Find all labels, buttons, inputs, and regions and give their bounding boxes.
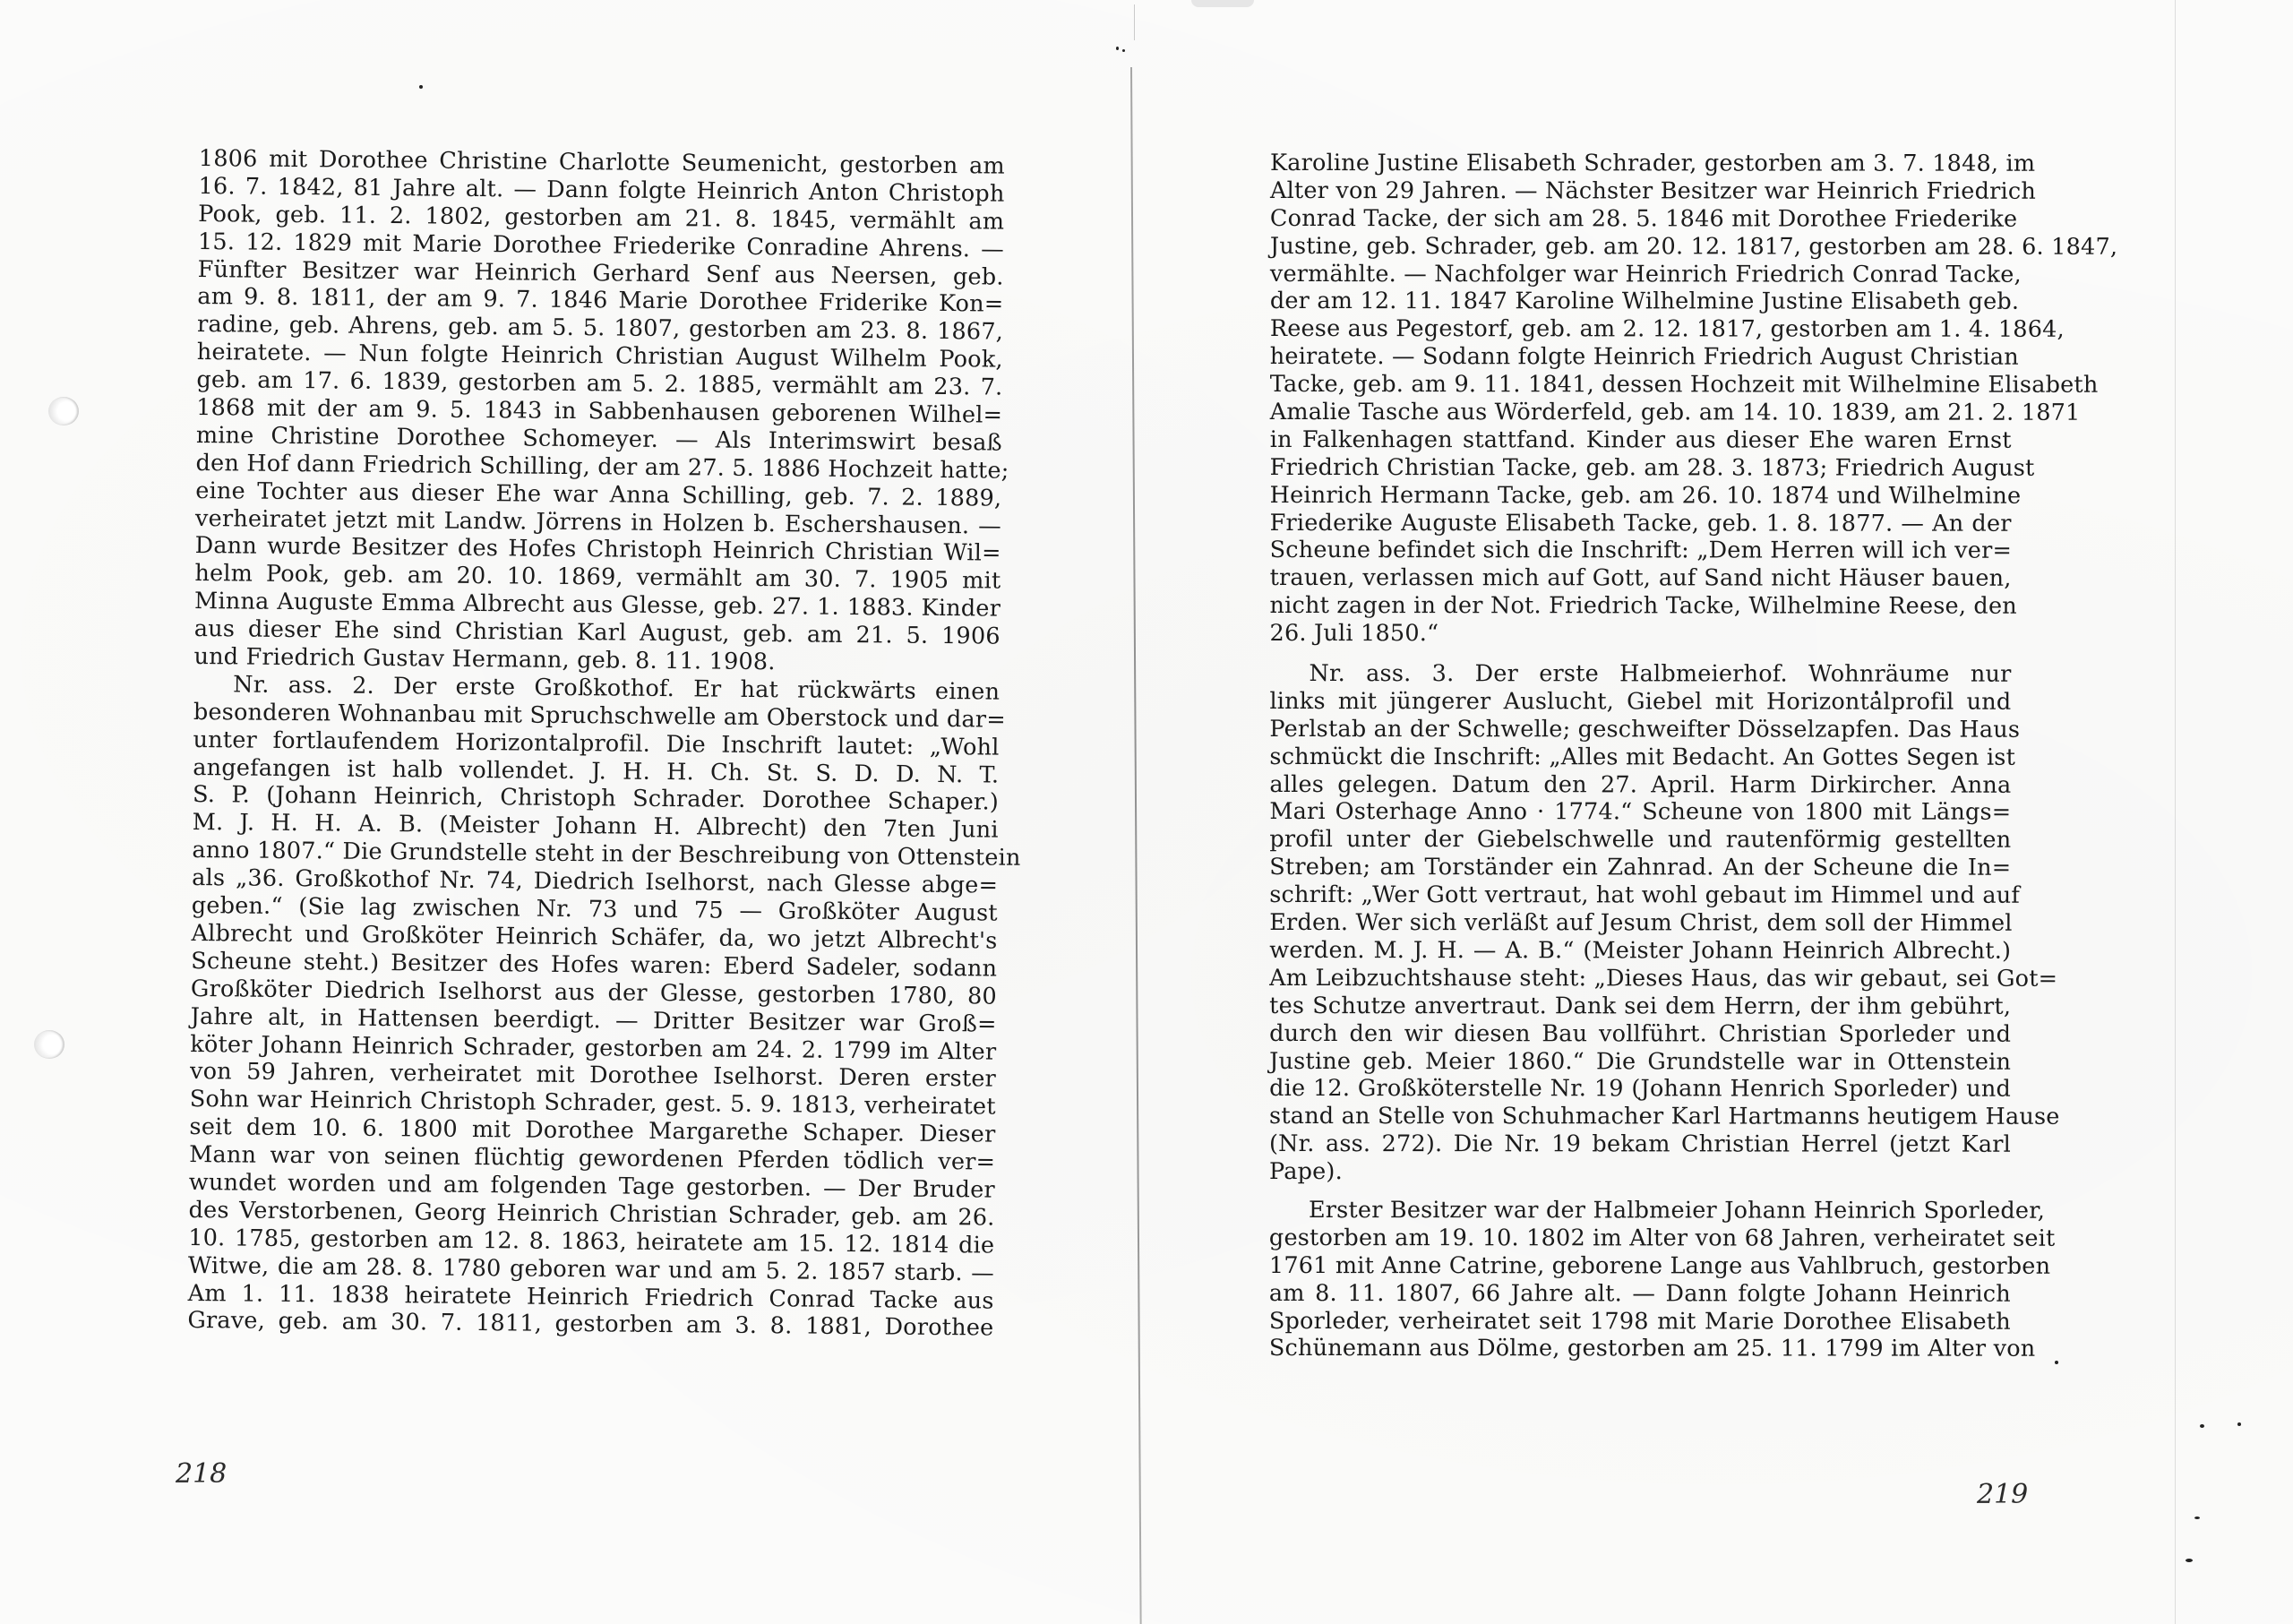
scan-speck bbox=[2237, 1422, 2241, 1426]
punch-hole-top bbox=[48, 397, 79, 425]
text-line: Perlstab an der Schwelle; geschweifter D… bbox=[1269, 716, 2011, 744]
scan-speck bbox=[419, 85, 423, 89]
text-line: Alter von 29 Jahren. — Nächster Besitzer… bbox=[1270, 177, 2012, 206]
text-line: am 8. 11. 1807, 66 Jahre alt. — Dann fol… bbox=[1269, 1280, 2011, 1309]
page-number-right: 219 bbox=[1977, 1479, 2028, 1510]
text-line: der am 12. 11. 1847 Karoline Wilhelmine … bbox=[1270, 288, 2012, 316]
scan-speck bbox=[2200, 1424, 2204, 1428]
text-line: Friederike Auguste Elisabeth Tacke, geb.… bbox=[1270, 510, 2012, 538]
text-line: 1761 mit Anne Catrine, geborene Lange au… bbox=[1269, 1252, 2011, 1281]
text-line: Tacke, geb. am 9. 11. 1841, dessen Hochz… bbox=[1270, 371, 2012, 400]
text-line: Amalie Tasche aus Wörderfeld, geb. am 14… bbox=[1270, 399, 2012, 427]
text-line: schrift: „Wer Gott vertraut, hat wohl ge… bbox=[1269, 881, 2011, 910]
text-line: Friedrich Christian Tacke, geb. am 28. 3… bbox=[1270, 454, 2012, 483]
text-line: Heinrich Hermann Tacke, geb. am 26. 10. … bbox=[1270, 482, 2012, 511]
text-line: Justine geb. Meier 1860.“ Die Grundstell… bbox=[1269, 1047, 2011, 1076]
text-line: Schünemann aus Dölme, gestorben am 25. 1… bbox=[1269, 1335, 2011, 1363]
punch-hole-bottom bbox=[34, 1030, 64, 1059]
text-line: werden. M. J. H. — A. B.“ (Meister Johan… bbox=[1269, 937, 2011, 966]
text-line: (Nr. ass. 272). Die Nr. 19 bekam Christi… bbox=[1269, 1130, 2011, 1159]
text-line: die 12. Großköterstelle Nr. 19 (Johann H… bbox=[1269, 1075, 2011, 1104]
text-line: heiratete. — Sodann folgte Heinrich Frie… bbox=[1270, 343, 2012, 372]
text-line: Reese aus Pegestorf, geb. am 2. 12. 1817… bbox=[1270, 315, 2012, 344]
text-line: tes Schutze anvertraut. Dank sei dem Her… bbox=[1269, 992, 2011, 1021]
text-line: 26. Juli 1850.“ bbox=[1270, 620, 2012, 649]
text-line: Am Leibzuchtshause steht: „Dieses Haus, … bbox=[1269, 965, 2011, 993]
text-line: alles gelegen. Datum den 27. April. Harm… bbox=[1269, 771, 2011, 800]
text-line: stand an Stelle von Schuhmacher Karl Har… bbox=[1269, 1103, 2011, 1131]
text-line: Conrad Tacke, der sich am 28. 5. 1846 mi… bbox=[1270, 205, 2012, 234]
right-page-text: Karoline Justine Elisabeth Schrader, ges… bbox=[1269, 150, 2012, 1363]
text-line: trauen, verlassen mich auf Gott, auf San… bbox=[1270, 564, 2012, 593]
text-line: Scheune befindet sich die Inschrift: „De… bbox=[1270, 537, 2012, 565]
scan-speck bbox=[2055, 1361, 2058, 1364]
text-line: gestorben am 19. 10. 1802 im Alter von 6… bbox=[1269, 1224, 2011, 1253]
text-line: profil unter der Giebelschwelle und raut… bbox=[1269, 826, 2011, 855]
text-line: durch den wir diesen Bau vollführt. Chri… bbox=[1269, 1020, 2011, 1049]
section-heading-line: Nr. ass. 3. Der erste Halbmeierhof. Wohn… bbox=[1269, 660, 2011, 689]
text-line: Karoline Justine Elisabeth Schrader, ges… bbox=[1270, 150, 2012, 178]
text-line: vermählte. — Nachfolger war Heinrich Fri… bbox=[1270, 261, 2012, 289]
text-line: Pape). bbox=[1269, 1158, 2011, 1187]
text-line: in Falkenhagen stattfand. Kinder aus die… bbox=[1270, 426, 2012, 455]
text-line: Streben; am Torständer ein Zahnrad. An d… bbox=[1269, 854, 2011, 882]
text-line: Erden. Wer sich verläßt auf Jesum Christ… bbox=[1269, 909, 2011, 938]
text-line: Sporleder, verheiratet seit 1798 mit Mar… bbox=[1269, 1308, 2011, 1336]
text-line: schmückt die Inschrift: „Alles mit Bedac… bbox=[1269, 743, 2011, 772]
page-number-left: 218 bbox=[176, 1458, 227, 1490]
gutter-line-top bbox=[1134, 4, 1135, 40]
text-line: links mit jüngerer Auslucht, Giebel mit … bbox=[1269, 688, 2011, 717]
scan-speck bbox=[1116, 47, 1119, 50]
scan-speck bbox=[2194, 1517, 2200, 1519]
page-edge bbox=[2175, 0, 2176, 1624]
text-line: Justine, geb. Schrader, geb. am 20. 12. … bbox=[1270, 233, 2012, 262]
left-page-text: 1806 mit Dorothee Christine Charlotte Se… bbox=[187, 145, 1005, 1343]
scan-speck bbox=[2186, 1559, 2193, 1562]
text-line: Mari Osterhage Anno · 1774.“ Scheune von… bbox=[1269, 798, 2011, 827]
paragraph-start-line: Erster Besitzer war der Halbmeier Johann… bbox=[1269, 1197, 2011, 1225]
text-line: nicht zagen in der Not. Friedrich Tacke,… bbox=[1270, 592, 2012, 621]
scan-speck bbox=[1122, 49, 1125, 52]
scan-smudge bbox=[1191, 0, 1254, 7]
